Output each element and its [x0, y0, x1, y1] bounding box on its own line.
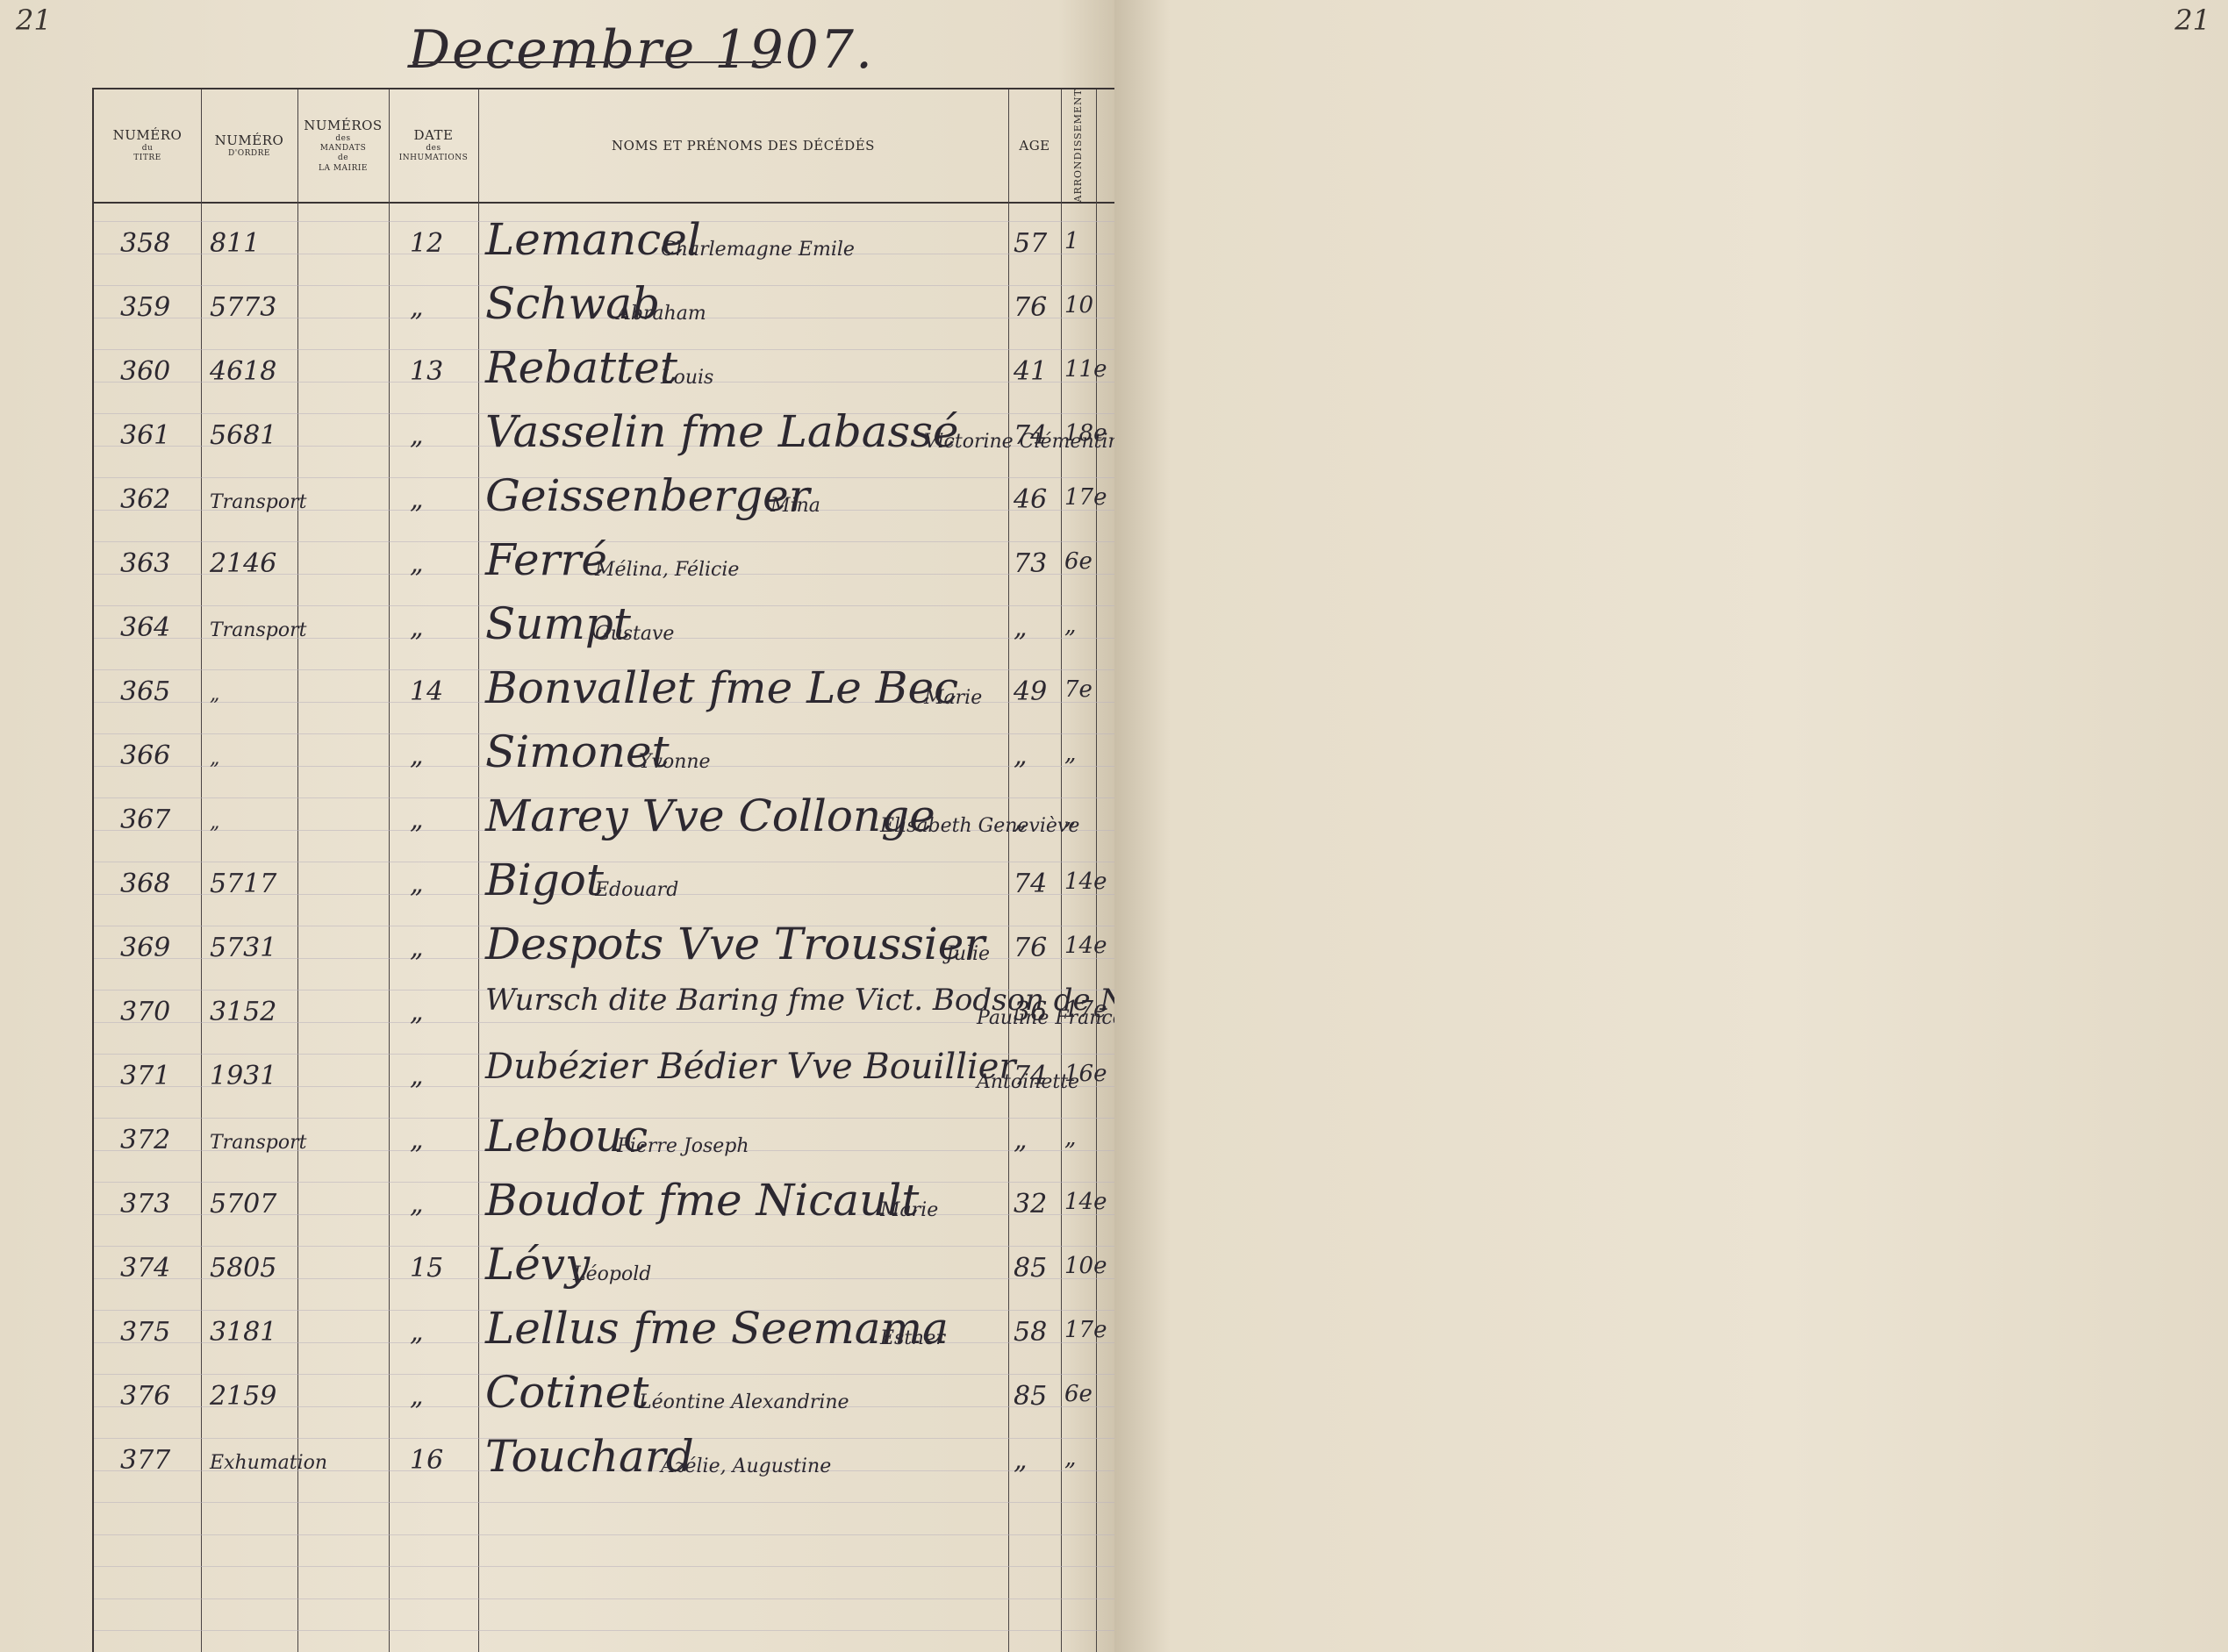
date-inhumation: „ [410, 420, 424, 451]
age: „ [1014, 612, 1028, 643]
age: 74 [1014, 869, 1047, 899]
header-age: AGE [1008, 89, 1061, 202]
month-heading: Decembre 1907. [408, 19, 874, 81]
arrondissement: 6e [1064, 548, 1093, 575]
numero-ordre: 2146 [210, 548, 276, 579]
age: 74 [1014, 1061, 1047, 1091]
surname: Rebattet [485, 342, 677, 393]
given-names: Elisabeth Geneviève [880, 815, 1079, 837]
table-row: 3695731„Despots Vve TroussierJulie7614e [94, 917, 1114, 981]
age: 85 [1014, 1253, 1047, 1284]
date-inhumation: „ [410, 1381, 424, 1412]
given-names: Gustave [595, 623, 674, 645]
numero-titre: 369 [120, 933, 170, 963]
table-row: 364Transport„SumptGustave„„ [94, 597, 1114, 661]
numero-titre: 373 [120, 1189, 170, 1219]
age: „ [1014, 1125, 1028, 1155]
arrondissement: 11e [1064, 356, 1107, 383]
table-row: 3685717„BigotEdouard7414e [94, 853, 1114, 917]
table-row: 35881112LemancelCharlemagne Emile571 [94, 212, 1114, 276]
age: 41 [1014, 356, 1047, 387]
month-underline [412, 61, 781, 63]
numero-titre: 377 [120, 1445, 170, 1476]
table-row: 3632146„FerréMélina, Félicie736e [94, 533, 1114, 597]
given-names: Mélina, Félicie [595, 559, 739, 581]
date-inhumation: „ [410, 1125, 424, 1155]
header-numeros-mandats: NUMÉROS des MANDATS de LA MAIRIE [297, 89, 389, 202]
numero-titre: 371 [120, 1061, 170, 1091]
folio-right: 21 [2174, 4, 2210, 37]
numero-ordre: Transport [210, 491, 306, 513]
date-inhumation: „ [410, 484, 424, 515]
arrondissement: 14e [1064, 933, 1107, 959]
table-row: 366„„SimonetYvonne„„ [94, 725, 1114, 789]
numero-titre: 365 [120, 676, 170, 707]
arrondissement: 16e [1064, 1061, 1107, 1087]
table-row: 3735707„Boudot fme NicaultMarie3214e [94, 1173, 1114, 1237]
numero-titre: 366 [120, 740, 170, 771]
table-row: 374580515LévyLéopold8510e [94, 1237, 1114, 1301]
table-row: 377Exhumation16TouchardAzélie, Augustine… [94, 1429, 1114, 1493]
ruled-line [94, 1566, 1114, 1567]
given-names: Esther [880, 1327, 945, 1349]
date-inhumation: 16 [410, 1445, 443, 1476]
date-inhumation: „ [410, 740, 424, 771]
folio-left: 21 [16, 4, 52, 37]
numero-ordre: 5731 [210, 933, 276, 963]
numero-ordre: 5773 [210, 292, 276, 323]
table-row: 3753181„Lellus fme SeemamaEsther5817e [94, 1301, 1114, 1365]
date-inhumation: „ [410, 548, 424, 579]
surname: Despots Vve Troussier [485, 919, 985, 969]
given-names: Pierre Joseph [617, 1135, 749, 1157]
ruled-line [94, 1630, 1114, 1631]
given-names: Mina [770, 495, 820, 517]
arrondissement: „ [1064, 612, 1076, 639]
header-date-inhumations: DATE des INHUMATIONS [389, 89, 478, 202]
numero-titre: 374 [120, 1253, 170, 1284]
given-names: Julie [946, 943, 990, 965]
numero-ordre: „ [210, 812, 219, 833]
given-names: Charlemagne Emile [661, 239, 855, 261]
table-row: 360461813RebattetLouis4111e [94, 340, 1114, 404]
given-names: Yvonne [639, 751, 711, 773]
header-numero-titre: NUMÉRO du TITRE [94, 89, 201, 202]
age: „ [1014, 1445, 1028, 1476]
arrondissement: 10e [1064, 1253, 1107, 1279]
date-inhumation: 13 [410, 356, 443, 387]
numero-ordre: 5805 [210, 1253, 276, 1284]
given-names: Léontine Alexandrine [639, 1391, 849, 1413]
numero-titre: 358 [120, 228, 170, 259]
table-row: 372Transport„LeboucPierre Joseph„„ [94, 1109, 1114, 1173]
arrondissement: „ [1064, 1445, 1076, 1471]
header-noms: NOMS ET PRÉNOMS DES DÉCÉDÉS [478, 89, 1008, 202]
age: 32 [1014, 1189, 1047, 1219]
surname: Ferré [485, 534, 607, 585]
surname: Vasselin fme Labassé [485, 406, 958, 457]
surname: Bonvallet fme Le Bec [485, 662, 958, 713]
date-inhumation: „ [410, 292, 424, 323]
numero-ordre: Exhumation [210, 1452, 327, 1474]
given-names: Marie [924, 687, 982, 709]
age: 74 [1014, 420, 1047, 451]
numero-ordre: 1931 [210, 1061, 276, 1091]
arrondissement: „ [1064, 1125, 1076, 1151]
table-row: 3703152„Wursch dite Baring fme Vict. Bod… [94, 981, 1114, 1045]
numero-ordre: 3152 [210, 997, 276, 1027]
numero-ordre: 5717 [210, 869, 276, 899]
numero-titre: 372 [120, 1125, 170, 1155]
numero-titre: 364 [120, 612, 170, 643]
numero-ordre: 3181 [210, 1317, 276, 1348]
table-row: 3615681„Vasselin fme LabasséVictorine Cl… [94, 404, 1114, 468]
arrondissement: 17e [1064, 484, 1107, 511]
age: 76 [1014, 933, 1047, 963]
table-row: 365„14Bonvallet fme Le BecMarie497e [94, 661, 1114, 725]
arrondissement: 18e [1064, 420, 1107, 447]
date-inhumation: „ [410, 869, 424, 899]
age: 57 [1014, 228, 1047, 259]
numero-ordre: „ [210, 747, 219, 769]
date-inhumation: „ [410, 1061, 424, 1091]
numero-ordre: 5681 [210, 420, 276, 451]
date-inhumation: „ [410, 805, 424, 835]
surname: Bigot [485, 855, 604, 905]
numero-titre: 363 [120, 548, 170, 579]
left-page: 21 Decembre 1907. NUMÉRO du TITRE NUMÉRO… [0, 0, 1114, 1652]
date-inhumation: „ [410, 933, 424, 963]
date-inhumation: 14 [410, 676, 443, 707]
given-names: Azélie, Augustine [661, 1455, 831, 1477]
surname: Cotinet [485, 1367, 648, 1418]
table-row: 3711931„Dubézier Bédier Vve BouillierAnt… [94, 1045, 1114, 1109]
age: 49 [1014, 676, 1047, 707]
date-inhumation: „ [410, 1317, 424, 1348]
age: „ [1014, 740, 1028, 771]
age: 73 [1014, 548, 1047, 579]
right-page: 21 NATURE de la CONCESSION SITUATION DE … [1114, 0, 2228, 1652]
table-row: 367„„Marey Vve CollongeElisabeth Geneviè… [94, 789, 1114, 853]
numero-titre: 361 [120, 420, 170, 451]
arrondissement: 10 [1064, 292, 1093, 318]
arrondissement: „ [1064, 740, 1076, 767]
numero-ordre: „ [210, 683, 219, 705]
table-row: 3762159„CotinetLéontine Alexandrine856e [94, 1365, 1114, 1429]
given-names: Léopold [573, 1263, 651, 1285]
arrondissement: 1 [1064, 228, 1079, 254]
numero-titre: 367 [120, 805, 170, 835]
age: 76 [1014, 292, 1047, 323]
numero-titre: 360 [120, 356, 170, 387]
surname: Boudot fme Nicault [485, 1175, 919, 1226]
numero-ordre: 5707 [210, 1189, 276, 1219]
age: 36 [1014, 997, 1047, 1027]
age: 85 [1014, 1381, 1047, 1412]
given-names: Marie [880, 1199, 938, 1221]
numero-ordre: 2159 [210, 1381, 276, 1412]
ruled-line [94, 1502, 1114, 1503]
given-names: Abraham [617, 303, 706, 325]
header-arrondissement: ARRONDISSEMENT [1061, 89, 1096, 202]
arrondissement: 6e [1064, 1381, 1093, 1407]
surname: Dubézier Bédier Vve Bouillier [485, 1047, 1016, 1087]
surname: Lellus fme Seemama [485, 1303, 949, 1354]
numero-titre: 370 [120, 997, 170, 1027]
numero-titre: 368 [120, 869, 170, 899]
age: 58 [1014, 1317, 1047, 1348]
arrondissement: „ [1064, 805, 1076, 831]
table-row: 362Transport„GeissenbergerMina4617e [94, 468, 1114, 533]
date-inhumation: 12 [410, 228, 443, 259]
date-inhumation: „ [410, 1189, 424, 1219]
numero-ordre: 4618 [210, 356, 276, 387]
age: „ [1014, 805, 1028, 835]
arrondissement: 14e [1064, 869, 1107, 895]
numero-titre: 376 [120, 1381, 170, 1412]
numero-titre: 375 [120, 1317, 170, 1348]
arrondissement: 17e [1064, 1317, 1107, 1343]
ruled-line [94, 1534, 1114, 1535]
surname: Geissenberger [485, 470, 810, 521]
arrondissement: 14e [1064, 1189, 1107, 1215]
numero-ordre: 811 [210, 228, 260, 259]
numero-titre: 362 [120, 484, 170, 515]
header-numero-ordre: NUMÉRO D'ORDRE [201, 89, 297, 202]
left-table: NUMÉRO du TITRE NUMÉRO D'ORDRE NUMÉROS d… [92, 88, 1114, 1652]
given-names: Louis [661, 367, 713, 389]
arrondissement: 17e [1064, 997, 1107, 1023]
numero-ordre: Transport [210, 619, 306, 641]
given-names: Edouard [595, 879, 678, 901]
numero-titre: 359 [120, 292, 170, 323]
age: 46 [1014, 484, 1047, 515]
date-inhumation: „ [410, 612, 424, 643]
ruled-line [94, 1598, 1114, 1599]
date-inhumation: 15 [410, 1253, 443, 1284]
surname: Marey Vve Collonge [485, 790, 935, 841]
arrondissement: 7e [1064, 676, 1093, 703]
numero-ordre: Transport [210, 1132, 306, 1154]
date-inhumation: „ [410, 997, 424, 1027]
table-row: 3595773„SchwabAbraham7610 [94, 276, 1114, 340]
